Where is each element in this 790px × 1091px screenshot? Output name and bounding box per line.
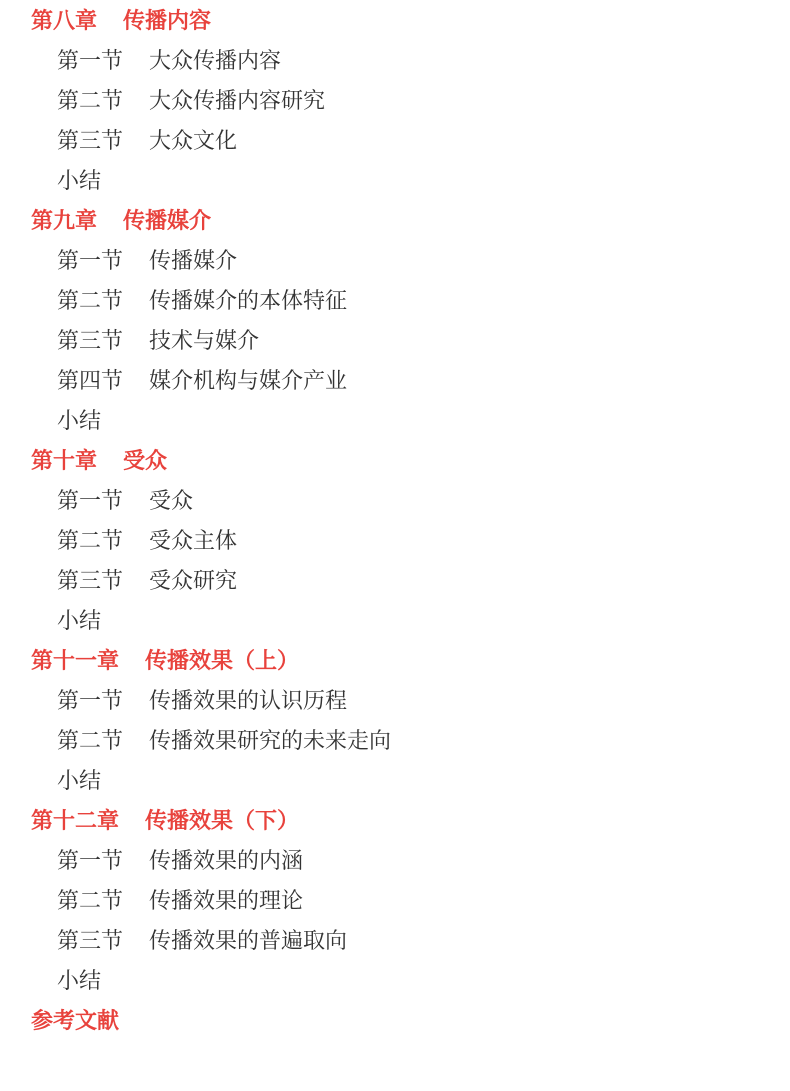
chapter-title: 传播内容 xyxy=(123,1,211,41)
section-number: 第三节 xyxy=(57,121,123,161)
section-title: 大众传播内容 xyxy=(149,41,281,81)
toc-section-row[interactable]: 第二节 传播效果的理论 xyxy=(0,881,790,921)
chapter-number: 第十二章 xyxy=(31,801,119,841)
toc-summary-row[interactable]: 小结 xyxy=(0,601,790,641)
section-title: 传播效果的内涵 xyxy=(149,841,303,881)
toc-section-row[interactable]: 第三节 大众文化 xyxy=(0,121,790,161)
chapter-title: 受众 xyxy=(123,441,167,481)
section-title: 传播媒介的本体特征 xyxy=(149,281,347,321)
section-number: 第二节 xyxy=(57,81,123,121)
toc-section-row[interactable]: 第二节 大众传播内容研究 xyxy=(0,81,790,121)
toc-summary-row[interactable]: 小结 xyxy=(0,401,790,441)
toc-section-row[interactable]: 第一节 传播媒介 xyxy=(0,241,790,281)
toc-section-row[interactable]: 第一节 受众 xyxy=(0,481,790,521)
toc-section-row[interactable]: 第三节 受众研究 xyxy=(0,561,790,601)
section-number: 第一节 xyxy=(57,241,123,281)
toc-chapter-row[interactable]: 第十一章 传播效果（上） xyxy=(0,641,790,681)
toc-summary-row[interactable]: 小结 xyxy=(0,761,790,801)
summary-title: 小结 xyxy=(57,761,101,801)
section-number: 第一节 xyxy=(57,841,123,881)
summary-title: 小结 xyxy=(57,601,101,641)
toc-section-row[interactable]: 第一节 传播效果的认识历程 xyxy=(0,681,790,721)
section-number: 第三节 xyxy=(57,561,123,601)
chapter-title: 传播效果（上） xyxy=(145,641,299,681)
section-title: 传播效果研究的未来走向 xyxy=(149,721,391,761)
toc-section-row[interactable]: 第一节 传播效果的内涵 xyxy=(0,841,790,881)
section-title: 传播效果的认识历程 xyxy=(149,681,347,721)
section-title: 大众文化 xyxy=(149,121,237,161)
section-number: 第一节 xyxy=(57,41,123,81)
chapter-number: 第九章 xyxy=(31,201,97,241)
section-title: 媒介机构与媒介产业 xyxy=(149,361,347,401)
toc-section-row[interactable]: 第一节 大众传播内容 xyxy=(0,41,790,81)
section-number: 第二节 xyxy=(57,881,123,921)
section-number: 第二节 xyxy=(57,721,123,761)
summary-title: 小结 xyxy=(57,161,101,201)
toc-summary-row[interactable]: 小结 xyxy=(0,161,790,201)
toc-section-row[interactable]: 第三节 技术与媒介 xyxy=(0,321,790,361)
toc-section-row[interactable]: 第二节 传播效果研究的未来走向 xyxy=(0,721,790,761)
section-title: 大众传播内容研究 xyxy=(149,81,325,121)
toc-section-row[interactable]: 第二节 受众主体 xyxy=(0,521,790,561)
section-number: 第一节 xyxy=(57,481,123,521)
section-title: 传播效果的普遍取向 xyxy=(149,921,347,961)
summary-title: 小结 xyxy=(57,961,101,1001)
table-of-contents: 第八章 传播内容 第一节 大众传播内容 第二节 大众传播内容研究 第三节 大众文… xyxy=(0,0,790,1041)
section-number: 第二节 xyxy=(57,521,123,561)
toc-section-row[interactable]: 第二节 传播媒介的本体特征 xyxy=(0,281,790,321)
summary-title: 小结 xyxy=(57,401,101,441)
section-title: 受众 xyxy=(149,481,193,521)
section-title: 传播媒介 xyxy=(149,241,237,281)
toc-section-row[interactable]: 第四节 媒介机构与媒介产业 xyxy=(0,361,790,401)
chapter-number: 第八章 xyxy=(31,1,97,41)
toc-summary-row[interactable]: 小结 xyxy=(0,961,790,1001)
section-number: 第二节 xyxy=(57,281,123,321)
section-number: 第一节 xyxy=(57,681,123,721)
chapter-number: 第十章 xyxy=(31,441,97,481)
section-title: 传播效果的理论 xyxy=(149,881,303,921)
toc-chapter-row[interactable]: 第十二章 传播效果（下） xyxy=(0,801,790,841)
chapter-title: 传播效果（下） xyxy=(145,801,299,841)
toc-chapter-row[interactable]: 第八章 传播内容 xyxy=(0,1,790,41)
section-title: 受众研究 xyxy=(149,561,237,601)
chapter-number: 第十一章 xyxy=(31,641,119,681)
references-title: 参考文献 xyxy=(31,1001,119,1041)
section-number: 第三节 xyxy=(57,321,123,361)
chapter-title: 传播媒介 xyxy=(123,201,211,241)
section-number: 第三节 xyxy=(57,921,123,961)
toc-references-row[interactable]: 参考文献 xyxy=(0,1001,790,1041)
toc-chapter-row[interactable]: 第十章 受众 xyxy=(0,441,790,481)
section-number: 第四节 xyxy=(57,361,123,401)
section-title: 受众主体 xyxy=(149,521,237,561)
toc-section-row[interactable]: 第三节 传播效果的普遍取向 xyxy=(0,921,790,961)
section-title: 技术与媒介 xyxy=(149,321,259,361)
toc-chapter-row[interactable]: 第九章 传播媒介 xyxy=(0,201,790,241)
